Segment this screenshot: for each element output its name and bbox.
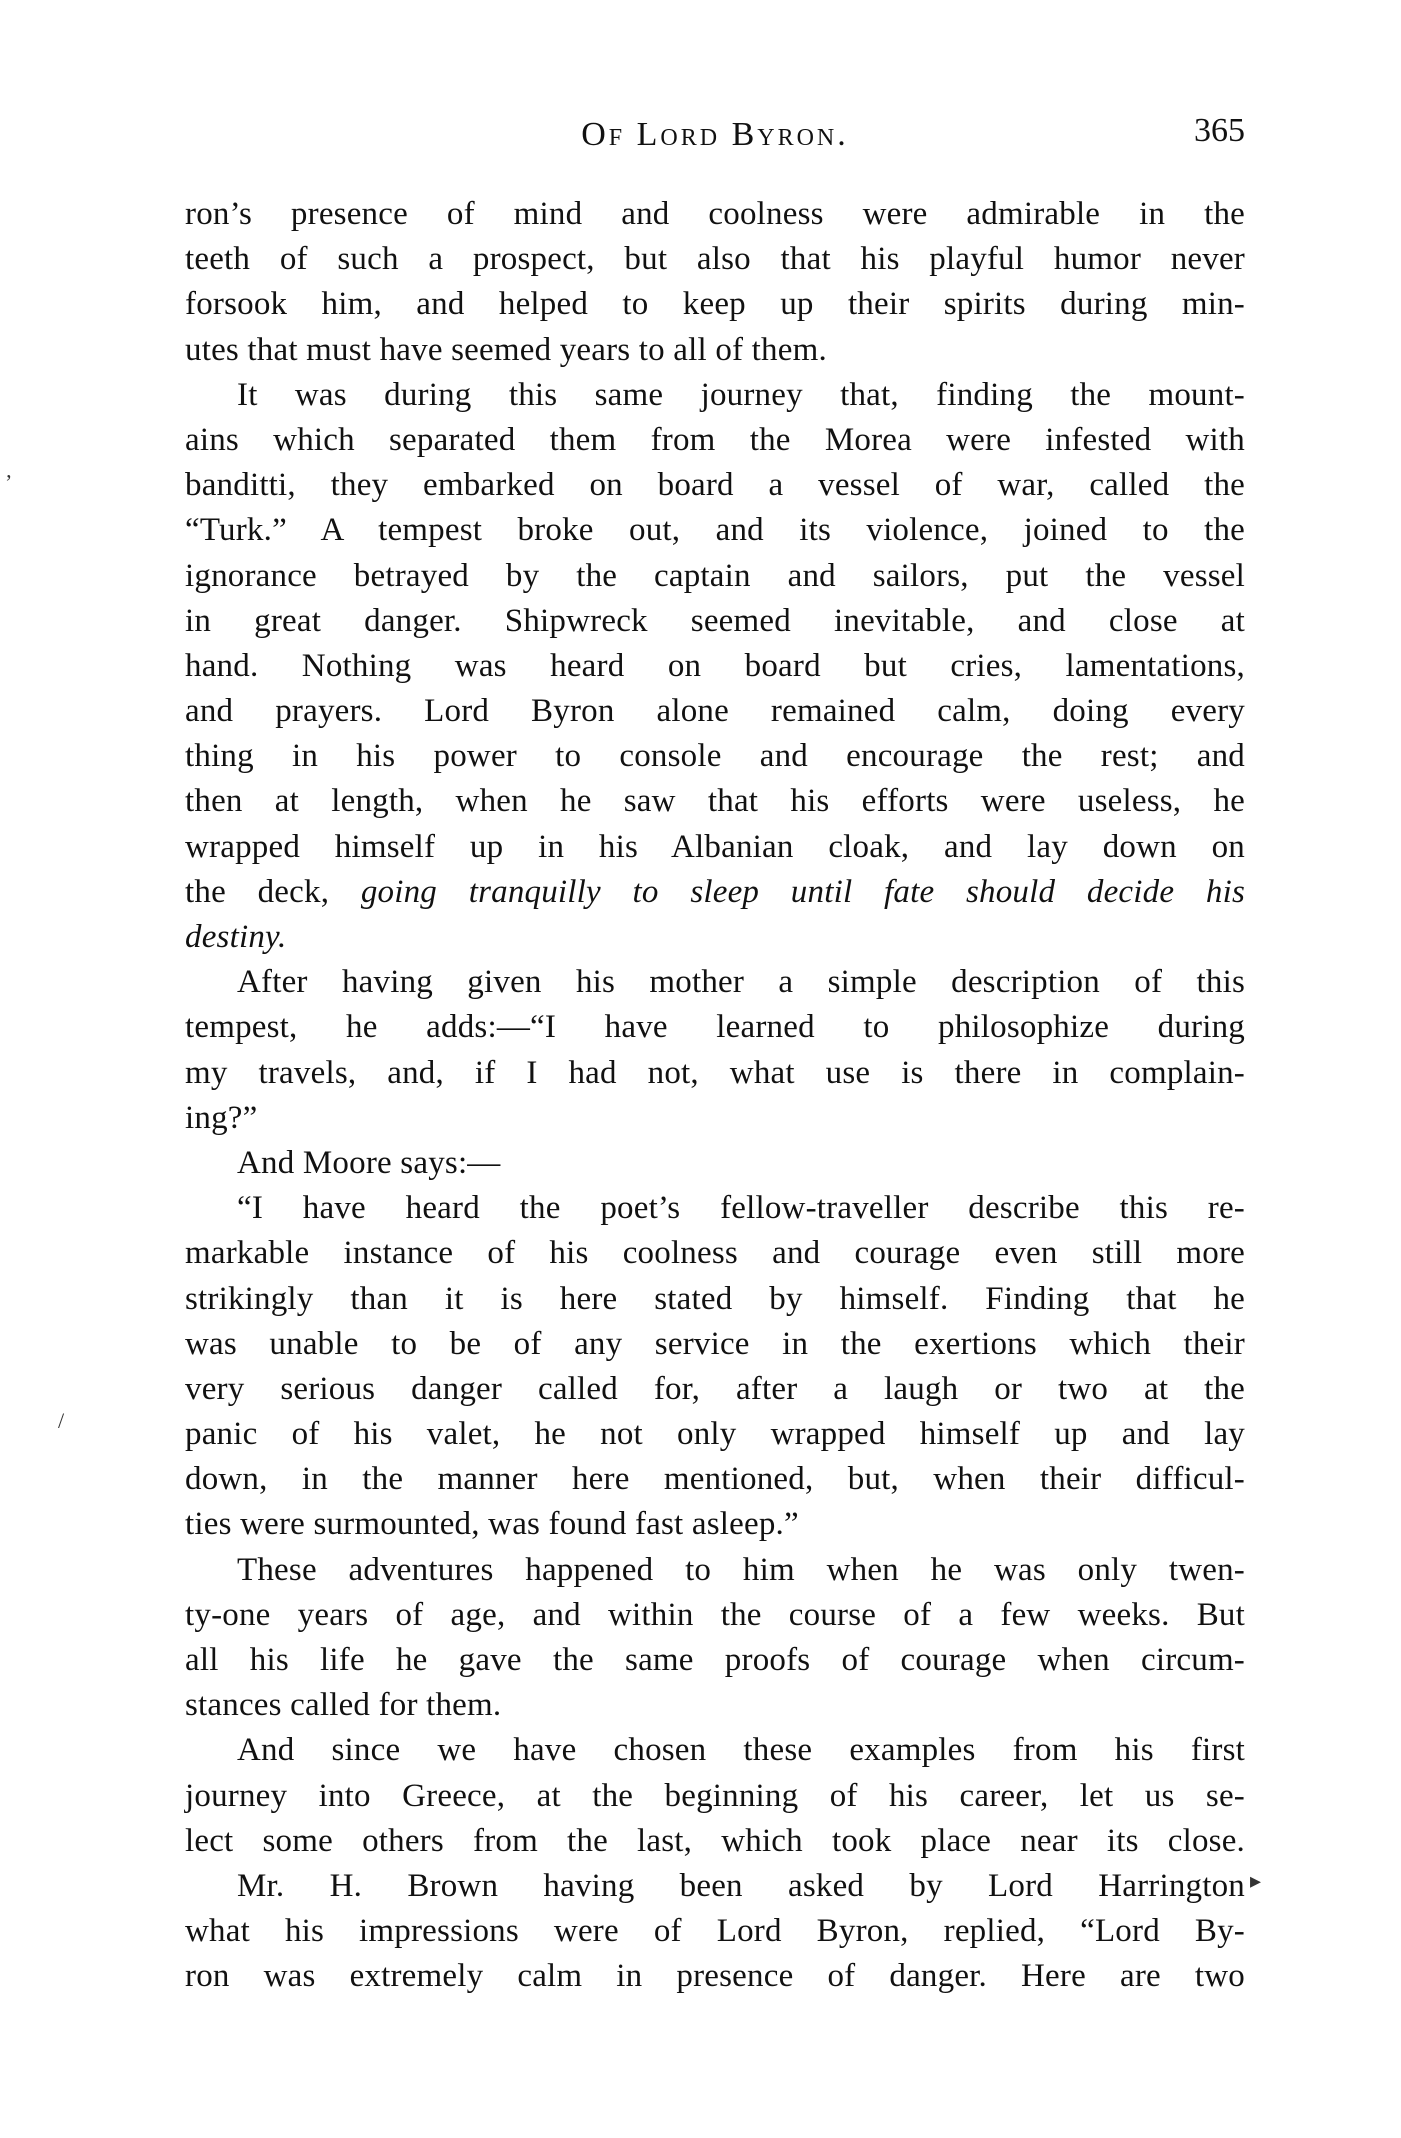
text-line: stances called for them. [185, 1683, 1245, 1728]
text-line: thing in his power to console and encour… [185, 734, 1245, 779]
text-line: was unable to be of any service in the e… [185, 1322, 1245, 1367]
scan-speck: ʼ [5, 470, 12, 496]
text-line: the deck, going tranquilly to sleep unti… [185, 870, 1245, 915]
text-line: destiny. [185, 915, 1245, 960]
text-line: all his life he gave the same proofs of … [185, 1638, 1245, 1683]
body-text: ron’s presence of mind and coolness were… [185, 192, 1245, 2000]
text-line: These adventures happened to him when he… [185, 1548, 1245, 1593]
text-line: banditti, they embarked on board a vesse… [185, 463, 1245, 508]
text-line: hand. Nothing was heard on board but cri… [185, 644, 1245, 689]
text-line: utes that must have seemed years to all … [185, 328, 1245, 373]
running-head: Of Lord Byron. 365 [185, 112, 1245, 162]
book-page: Of Lord Byron. 365 ron’s presence of min… [0, 0, 1401, 2138]
text-line: and prayers. Lord Byron alone remained c… [185, 689, 1245, 734]
text-line: Mr. H. Brown having been asked by Lord H… [185, 1864, 1245, 1909]
text-line: journey into Greece, at the beginning of… [185, 1774, 1245, 1819]
text-line: what his impressions were of Lord Byron,… [185, 1909, 1245, 1954]
text-line: ing?” [185, 1096, 1245, 1141]
text-line: ains which separated them from the Morea… [185, 418, 1245, 463]
text-line: in great danger. Shipwreck seemed inevit… [185, 599, 1245, 644]
text-line: tempest, he adds:—“I have learned to phi… [185, 1005, 1245, 1050]
text-line: And Moore says:— [185, 1141, 1245, 1186]
text-line: ignorance betrayed by the captain and sa… [185, 554, 1245, 599]
text-line: ron was extremely calm in presence of da… [185, 1954, 1245, 1999]
text-line: forsook him, and helped to keep up their… [185, 282, 1245, 327]
page-number: 365 [1194, 112, 1245, 150]
scan-speck: / [58, 1408, 64, 1434]
text-line: After having given his mother a simple d… [185, 960, 1245, 1005]
text-line: “Turk.” A tempest broke out, and its vio… [185, 508, 1245, 553]
text-line: wrapped himself up in his Albanian cloak… [185, 825, 1245, 870]
text-line: teeth of such a prospect, but also that … [185, 237, 1245, 282]
text-line: “I have heard the poet’s fellow-travelle… [185, 1186, 1245, 1231]
scan-speck: ▸ [1250, 1868, 1261, 1894]
text-line: panic of his valet, he not only wrapped … [185, 1412, 1245, 1457]
running-title: Of Lord Byron. [185, 116, 1245, 154]
italic-text: destiny. [185, 919, 287, 955]
text-line: strikingly than it is here stated by him… [185, 1277, 1245, 1322]
text-line: down, in the manner here mentioned, but,… [185, 1457, 1245, 1502]
text-line: my travels, and, if I had not, what use … [185, 1051, 1245, 1096]
text-line: ty-one years of age, and within the cour… [185, 1593, 1245, 1638]
text-line: lect some others from the last, which to… [185, 1819, 1245, 1864]
italic-text: going tranquilly to sleep until fate sho… [361, 874, 1245, 910]
text-line: And since we have chosen these examples … [185, 1728, 1245, 1773]
text-line: then at length, when he saw that his eff… [185, 779, 1245, 824]
text-line: very serious danger called for, after a … [185, 1367, 1245, 1412]
text-line: ties were surmounted, was found fast asl… [185, 1502, 1245, 1547]
text-line: ron’s presence of mind and coolness were… [185, 192, 1245, 237]
text-line: It was during this same journey that, fi… [185, 373, 1245, 418]
text-line: markable instance of his coolness and co… [185, 1231, 1245, 1276]
